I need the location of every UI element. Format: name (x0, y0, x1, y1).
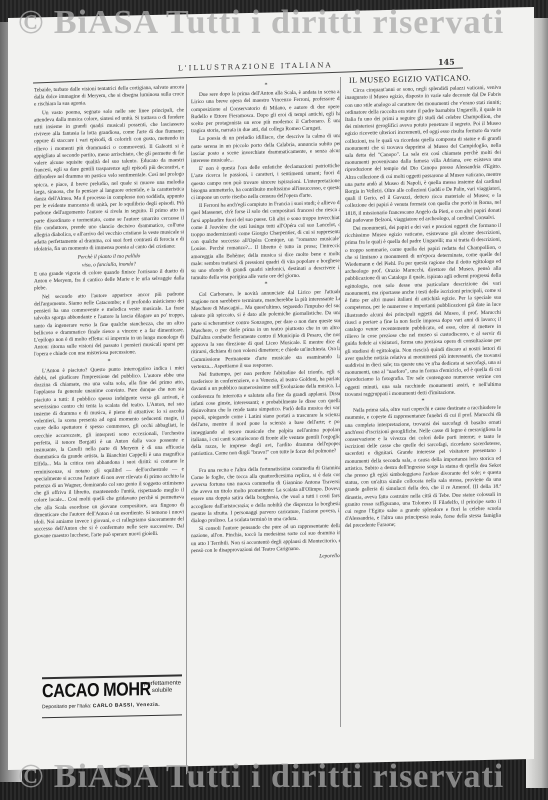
page-number: 145 (438, 57, 455, 67)
paragraph: Col Carbonaro, le novità annunciate dal … (191, 289, 341, 371)
paragraph: E' non è questa l'ora delle enfatiche de… (191, 163, 341, 202)
paragraph: Dei monumenti, dei papiri e dei vari e p… (345, 223, 501, 399)
paragraph: Nella prima sala, oltre vari coperchi e … (345, 405, 501, 531)
running-head: L'ILLUSTRAZIONE ITALIANA (178, 61, 333, 72)
article-title: IL MUSEO EGIZIO VATICANO. (349, 74, 501, 84)
column-3: IL MUSEO EGIZIO VATICANO. Circa cinquant… (340, 74, 501, 727)
paragraph: Il Ferroni ha anch'egli compiuto in Fran… (191, 200, 341, 282)
ad-distributor-prefix: Depositario per l'Italia: (42, 703, 91, 710)
paragraph: Si consoli l'autore pensando che pure ad… (191, 523, 341, 555)
watermark-top: © BiASA Tutti i diritti riservati (18, 4, 504, 42)
paragraph: L'Anton è piaciuto? Questo punto interro… (34, 365, 184, 541)
column-2: * Due sere dopo la prima dell'Anton alla… (186, 81, 341, 774)
column-1: Tebaide, turbato dalle visioni tentatric… (34, 84, 184, 667)
paragraph: Circa cinquant'anni or sono, negli splen… (345, 85, 501, 225)
newspaper-page: L'ILLUSTRAZIONE ITALIANA 145 Tebaide, tu… (8, 7, 534, 770)
paragraph: Tebaide, turbato dalle visioni tentatric… (34, 84, 184, 109)
ad-brand: CACAO MOHR (42, 679, 151, 703)
ad-tagline: perfettamente solubile (144, 680, 180, 695)
paragraph: Un vasto poema, segnato solo nelle sue l… (34, 107, 184, 254)
ad-tagline-line2: solubile (144, 687, 180, 695)
advertisement-cacao-mohr: CACAO MOHR perfettamente solubile Deposi… (42, 674, 182, 718)
ad-distributor-name: CARLO BASSI, Venezia. (93, 702, 160, 709)
paragraph: Nel secondo atto l'autore apparisce anco… (34, 291, 184, 359)
paragraph: La poesia di un preludio idilliaco, che … (191, 133, 341, 165)
paragraph: Fra una recita e l'altra della fortunati… (191, 465, 341, 526)
paragraph: Nel frattempo, per non perdere l'abitudi… (191, 369, 341, 459)
paragraph: E una grande vigoria di colore quando fi… (34, 268, 184, 293)
paragraph: Due sere dopo la prima dell'Anton alla S… (191, 89, 341, 135)
watermark-bottom: © BiASA Tutti i diritti riservati (18, 758, 504, 796)
